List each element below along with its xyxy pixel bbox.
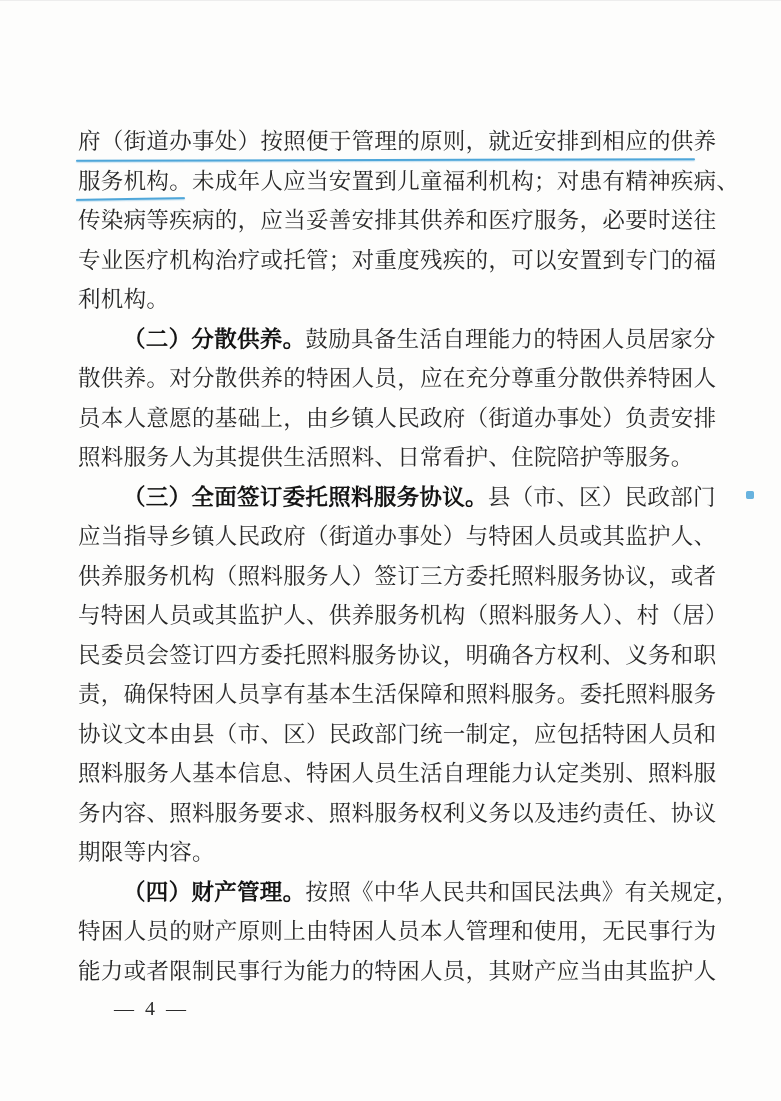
text-line: 散供养。对分散供养的特困人员，应在充分尊重分散供养特困人 bbox=[78, 359, 714, 399]
text-line: （四）财产管理。按照《中华人民共和国民法典》有关规定， bbox=[78, 873, 714, 913]
section-heading-3: （三）全面签订委托照料服务协议。 bbox=[123, 485, 488, 510]
text-line: 务内容、照料服务要求、照料服务权利义务以及违约责任、协议 bbox=[78, 794, 714, 834]
text-line: 期限等内容。 bbox=[78, 833, 714, 873]
text-line: 照料服务人基本信息、特困人员生活自理能力认定类别、照料服 bbox=[78, 754, 714, 794]
page-number: — 4 — bbox=[114, 991, 189, 1027]
text-line: （三）全面签订委托照料服务协议。县（市、区）民政部门 bbox=[78, 478, 714, 518]
text-line: 府（街道办事处）按照便于管理的原则，就近安排到相应的供养 bbox=[78, 122, 714, 162]
ink-speck bbox=[746, 491, 754, 499]
text-line: 专业医疗机构治疗或托管；对重度残疾的，可以安置到专门的福 bbox=[78, 241, 714, 281]
text-line: 特困人员的财产原则上由特困人员本人管理和使用，无民事行为 bbox=[78, 912, 714, 952]
text-line: 协议文本由县（市、区）民政部门统一制定，应包括特困人员和 bbox=[78, 715, 714, 755]
line-text: 按照《中华人民共和国民法典》有关规定， bbox=[305, 880, 738, 905]
line-text: 鼓励具备生活自理能力的特困人员居家分 bbox=[305, 327, 715, 352]
text-line: 能力或者限制民事行为能力的特困人员，其财产应当由其监护人 bbox=[78, 952, 714, 992]
section-heading-2: （二）分散供养。 bbox=[123, 327, 305, 352]
text-line: （二）分散供养。鼓励具备生活自理能力的特困人员居家分 bbox=[78, 320, 714, 360]
text-line: 传染病等疾病的，应当妥善安排其供养和医疗服务，必要时送往 bbox=[78, 201, 714, 241]
section-heading-4: （四）财产管理。 bbox=[123, 880, 305, 905]
text-line: 供养服务机构（照料服务人）签订三方委托照料服务协议，或者 bbox=[78, 557, 714, 597]
text-line: 应当指导乡镇人民政府（街道办事处）与特困人员或其监护人、 bbox=[78, 517, 714, 557]
text-line: 责，确保特困人员享有基本生活保障和照料服务。委托照料服务 bbox=[78, 675, 714, 715]
text-line: 民委员会签订四方委托照料服务协议，明确各方权利、义务和职 bbox=[78, 636, 714, 676]
text-line: 与特困人员或其监护人、供养服务机构（照料服务人）、村（居） bbox=[78, 596, 714, 636]
text-line: 照料服务人为其提供生活照料、日常看护、住院陪护等服务。 bbox=[78, 438, 714, 478]
text-line: 员本人意愿的基础上，由乡镇人民政府（街道办事处）负责安排 bbox=[78, 399, 714, 439]
document-page: 府（街道办事处）按照便于管理的原则，就近安排到相应的供养 服务机构。未成年人应当… bbox=[0, 0, 781, 1101]
line-text: 县（市、区）民政部门 bbox=[488, 485, 716, 510]
text-line: 服务机构。未成年人应当安置到儿童福利机构；对患有精神疾病、 bbox=[78, 162, 714, 202]
text-line: 利机构。 bbox=[78, 280, 714, 320]
body-text: 府（街道办事处）按照便于管理的原则，就近安排到相应的供养 服务机构。未成年人应当… bbox=[78, 122, 714, 991]
